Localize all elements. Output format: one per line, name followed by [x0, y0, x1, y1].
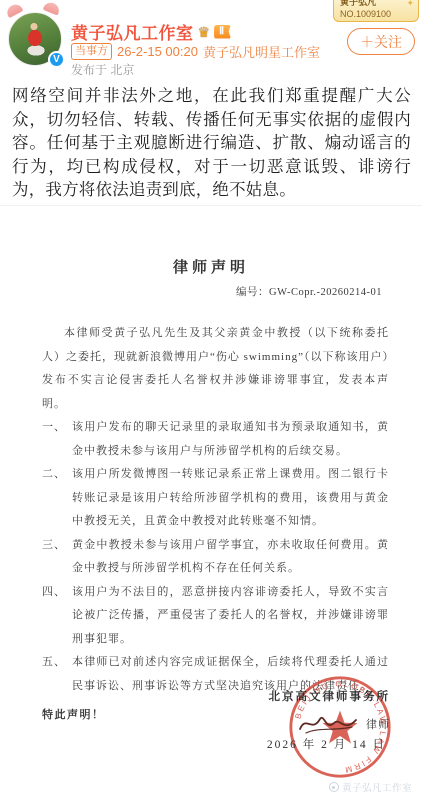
weibo-logo-icon: [329, 782, 339, 792]
item-text: 该用户发布的聊天记录里的录取通知书为预录取通知书，黄金中教授未参与该用户与所涉留…: [72, 416, 389, 463]
verified-badge-icon: V: [48, 51, 65, 68]
post-timestamp: 26-2-15 00:20: [117, 44, 198, 59]
signer-suffix: 律师: [366, 716, 390, 732]
statement-ref-number: 编号：GW-Copr.-20260214-01: [236, 284, 382, 299]
statement-item: 二、 该用户所发微博图一转账记录系正常上课费用。图二银行卡转账记录是该用户转给所…: [42, 463, 389, 534]
item-text: 黄金中教授未参与该用户留学事宜，亦未收取任何费用。黄金中教授与所涉留学机构不存在…: [72, 534, 389, 581]
statement-title: 律师声明: [0, 256, 422, 277]
vip-level-badge[interactable]: Ⅱ: [214, 25, 231, 39]
sparkle-icon: ✦: [406, 0, 414, 9]
statement-body: 本律师受黄子弘凡先生及其父亲黄金中教授（以下统称委托人）之委托，现就新浪微博用户…: [42, 322, 389, 728]
statement-image[interactable]: 律师声明 编号：GW-Copr.-20260214-01 本律师受黄子弘凡先生及…: [0, 205, 422, 800]
item-text: 该用户为不法目的，恶意拼接内容诽谤委托人，导致不实言论被广泛传播，严重侵害了委托…: [72, 581, 389, 652]
post-text: 网络空间并非法外之地，在此我们郑重提醒广大公众，切勿轻信、转载、传播任何无事实依…: [12, 85, 411, 203]
username[interactable]: 黄子弘凡工作室: [71, 19, 194, 44]
lawyer-signature-icon: [296, 711, 362, 737]
statement-intro: 本律师受黄子弘凡先生及其父亲黄金中教授（以下统称委托人）之委托，现就新浪微博用户…: [42, 322, 389, 416]
law-firm-name: 北京高文律师事务所: [269, 688, 391, 704]
item-number: 四、: [42, 581, 72, 652]
weibo-post-screen: V 黄子弘凡工作室 ♛ Ⅱ 当事方 26-2-15 00:20 黄子弘凡明星工作…: [0, 0, 422, 800]
item-number: 二、: [42, 463, 72, 534]
statement-date: 2026 年 2 月 14 日: [267, 736, 386, 752]
watermark-text: 黄子弘凡工作室: [342, 780, 412, 794]
fan-badge-card[interactable]: 黄子弘凡 NO.1009100 ✦: [333, 0, 419, 22]
fan-badge-number: NO.1009100: [340, 8, 412, 20]
statement-item: 三、 黄金中教授未参与该用户留学事宜，亦未收取任何费用。黄金中教授与所涉留学机构…: [42, 534, 389, 581]
post-source-link[interactable]: 黄子弘凡明星工作室: [203, 42, 320, 61]
follow-button[interactable]: ＋关注: [347, 28, 415, 55]
item-number: 五、: [42, 651, 72, 698]
statement-item: 四、 该用户为不法目的，恶意拼接内容诽谤委托人，导致不实言论被广泛传播，严重侵害…: [42, 581, 389, 652]
item-number: 三、: [42, 534, 72, 581]
crown-icon: ♛: [198, 25, 211, 39]
user-avatar[interactable]: V: [8, 12, 64, 68]
item-number: 一、: [42, 416, 72, 463]
statement-item: 一、 该用户发布的聊天记录里的录取通知书为预录取通知书，黄金中教授未参与该用户与…: [42, 416, 389, 463]
post-location: 发布于 北京: [71, 61, 134, 78]
image-watermark: 黄子弘凡工作室: [329, 780, 412, 794]
fan-badge-name: 黄子弘凡: [340, 0, 412, 8]
party-involved-badge: 当事方: [71, 43, 112, 60]
item-text: 该用户所发微博图一转账记录系正常上课费用。图二银行卡转账记录是该用户转给所涉留学…: [72, 463, 389, 534]
